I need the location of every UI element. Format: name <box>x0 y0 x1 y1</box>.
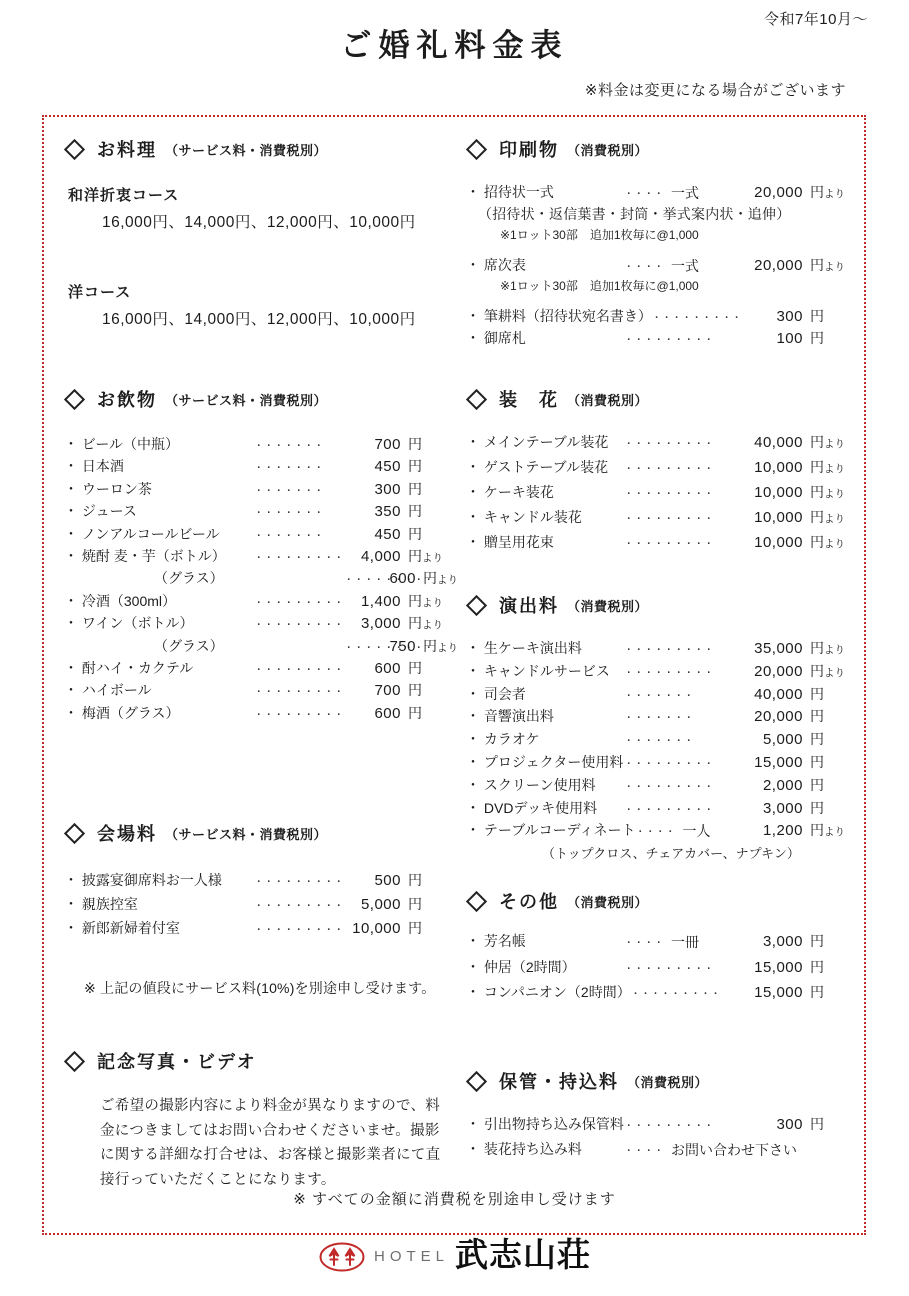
section-tax-note: （サービス料・消費税別） <box>165 140 327 159</box>
dot-leader: ・・・・・・・ <box>254 505 324 519</box>
price-row: ・ ビール（中瓶）・・・・・・・700円 <box>64 434 456 456</box>
price-row: ・ 披露宴御席料お一人様・・・・・・・・・500円 <box>64 870 456 894</box>
item-name: ・ 音響演出料 <box>466 706 624 726</box>
diamond-icon <box>466 388 487 409</box>
leader-label: 一冊 <box>671 932 699 952</box>
price-unit: 円 <box>810 534 824 550</box>
leader-label: 一人 <box>683 821 711 841</box>
hotel-name: 武志山荘 <box>455 1240 591 1273</box>
diamond-icon <box>64 1050 85 1071</box>
price-row: ・ ケーキ装花・・・・・・・・・10,000円より <box>466 482 858 507</box>
item-name: ・ プロジェクター使用料 <box>466 752 624 772</box>
item-price: 5,000 <box>731 731 803 748</box>
price-row: ・ DVDデッキ使用料・・・・・・・・・3,000円 <box>466 798 858 821</box>
dot-leader: ・・・・・・・ <box>624 710 694 724</box>
footer-tax-note: ※ すべての金額に消費税を別途申し受けます <box>0 1188 909 1209</box>
row-note: ※1ロット30部 追加1枚毎に@1,000 <box>466 277 858 294</box>
section-flowers: 装 花 （消費税別） ・ メインテーブル装花・・・・・・・・・40,000円より… <box>466 386 858 557</box>
price-row: ・ プロジェクター使用料・・・・・・・・・15,000円 <box>466 752 858 775</box>
price-unit: 円 <box>408 682 422 698</box>
price-suffix: より <box>824 644 845 656</box>
dot-leader: ・・・・・・・・・ <box>624 1118 714 1132</box>
price-row: （招待状・返信葉書・封筒・挙式案内状・追伸） <box>466 204 858 226</box>
item-name: ・ 新郎新婦着付室 <box>64 918 254 938</box>
price-row: ※1ロット30部 追加1枚毎に@1,000 <box>466 226 858 248</box>
dot-leader: ・・・・・・・ <box>624 733 694 747</box>
item-price: 35,000 <box>731 640 803 657</box>
price-row: ・ 司会者・・・・・・・40,000円 <box>466 684 858 707</box>
price-unit: 円 <box>810 959 824 975</box>
item-price: 10,000 <box>731 534 803 551</box>
price-row: ・ キャンドル装花・・・・・・・・・10,000円より <box>466 507 858 532</box>
item-price: 1,200 <box>731 822 803 839</box>
dot-leader: ・・・・・・・・・ <box>624 756 714 770</box>
item-name: ・ 席次表 <box>466 255 624 275</box>
price-row: （トップクロス、チェアカバー、ナプキン） <box>466 843 858 866</box>
item-name: ・ 招待状一式 <box>466 182 624 202</box>
price-unit: 円 <box>408 593 422 609</box>
row-note: ※1ロット30部 追加1枚毎に@1,000 <box>466 226 858 243</box>
price-unit: 円 <box>810 777 824 793</box>
price-rows: ・ 芳名帳・・・・一冊3,000円 ・ 仲居（2時間）・・・・・・・・・15,0… <box>466 931 858 1008</box>
item-name: ・ 司会者 <box>466 684 624 704</box>
price-suffix: より <box>437 642 458 654</box>
dot-leader: ・・・・・・・ <box>254 528 324 542</box>
price-row: ・ 焼酎 麦・芋（ボトル）・・・・・・・・・4,000円より <box>64 546 456 568</box>
item-price: 600 <box>329 660 401 677</box>
item-price: 300 <box>731 1116 803 1133</box>
price-row: ・ 贈呈用花束・・・・・・・・・10,000円より <box>466 532 858 557</box>
price-unit: 円 <box>810 257 824 273</box>
price-row: ・ 音響演出料・・・・・・・20,000円 <box>466 706 858 729</box>
item-price: 40,000 <box>731 434 803 451</box>
price-row: ※1ロット30部 追加1枚毎に@1,000 <box>466 277 858 299</box>
item-name: ・ メインテーブル装花 <box>466 432 624 452</box>
item-name: ・ カラオケ <box>466 729 624 749</box>
price-unit: 円 <box>408 705 422 721</box>
item-name: ・ 仲居（2時間） <box>466 957 624 977</box>
diamond-icon <box>64 138 85 159</box>
price-suffix: より <box>437 574 458 586</box>
price-row: ・ ワイン（ボトル）・・・・・・・・・3,000円より <box>64 613 456 635</box>
price-row: （グラス）・・・・・・・・・750円より <box>64 636 456 658</box>
dot-leader: ・・・・ <box>624 1143 664 1157</box>
item-price: 2,000 <box>731 777 803 794</box>
price-row: ・ コンパニオン（2時間）・・・・・・・・・15,000円 <box>466 982 858 1008</box>
item-name: ・ ケーキ装花 <box>466 482 624 502</box>
price-row: ・ テーブルコーディネート・・・・一人1,200円より <box>466 820 858 843</box>
price-suffix: より <box>824 188 845 200</box>
dot-leader: ・・・・・・・・・ <box>624 665 714 679</box>
dot-leader: ・・・・・・・・・ <box>624 332 714 346</box>
item-name: ・ 引出物持ち込み保管料 <box>466 1114 624 1134</box>
dot-leader: ・・・・・・・ <box>624 688 694 702</box>
section-tax-note: （サービス料・消費税別） <box>165 824 327 843</box>
price-row: ・ 席次表・・・・一式20,000円より <box>466 255 858 277</box>
price-row: （グラス）・・・・・・・・・600円より <box>64 568 456 590</box>
section-drinks: お飲物 （サービス料・消費税別） ・ ビール（中瓶）・・・・・・・700円 ・ … <box>64 386 456 725</box>
price-unit: 円 <box>408 548 422 564</box>
item-price: 100 <box>731 330 803 347</box>
section-tax-note: （消費税別） <box>567 140 648 159</box>
price-unit: 円 <box>810 330 824 346</box>
price-unit: 円 <box>423 638 437 654</box>
price-unit: 円 <box>810 184 824 200</box>
price-unit: 円 <box>408 436 422 452</box>
dot-leader: ・・・・・・・・・ <box>624 536 714 550</box>
item-price: 750 <box>344 638 416 655</box>
price-suffix: より <box>824 826 845 838</box>
item-price: 5,000 <box>329 896 401 913</box>
diamond-icon <box>64 388 85 409</box>
item-price: 450 <box>329 526 401 543</box>
price-suffix: より <box>422 619 443 631</box>
item-price: 40,000 <box>731 686 803 703</box>
dot-leader: ・・・・・・・・・ <box>624 779 714 793</box>
course-block: 和洋折衷コース 16,000円、14,000円、12,000円、10,000円 <box>68 184 456 232</box>
price-rows: ・ ビール（中瓶）・・・・・・・700円 ・ 日本酒・・・・・・・450円 ・ … <box>64 434 456 725</box>
price-row: ・ ノンアルコールビール・・・・・・・450円 <box>64 524 456 546</box>
item-price: 10,000 <box>731 509 803 526</box>
price-row: ・ 引出物持ち込み保管料・・・・・・・・・300円 <box>466 1114 858 1139</box>
item-price: 10,000 <box>329 920 401 937</box>
item-name: ・ 生ケーキ演出料 <box>466 638 624 658</box>
dot-leader: ・・・・・・・・・ <box>624 802 714 816</box>
price-unit: 円 <box>408 526 422 542</box>
leader-label: 一式 <box>671 256 699 276</box>
item-price: 20,000 <box>731 708 803 725</box>
section-performance: 演出料 （消費税別） ・ 生ケーキ演出料・・・・・・・・・35,000円より ・… <box>466 592 858 866</box>
price-row: ・ 芳名帳・・・・一冊3,000円 <box>466 931 858 957</box>
dot-leader: ・・・・・・・・・ <box>652 310 742 324</box>
item-price: 20,000 <box>731 663 803 680</box>
item-price: 500 <box>329 872 401 889</box>
item-price: 15,000 <box>731 959 803 976</box>
price-unit: 円 <box>810 484 824 500</box>
item-name: ・ ワイン（ボトル） <box>64 613 254 633</box>
course-prices: 16,000円、14,000円、12,000円、10,000円 <box>102 307 456 329</box>
section-photo-video: 記念写真・ビデオ ご希望の撮影内容により料金が異なりますので、料金につきましては… <box>64 1048 456 1192</box>
item-name: ・ 親族控室 <box>64 894 254 914</box>
item-price: 4,000 <box>329 548 401 565</box>
item-name: （グラス） <box>64 568 344 588</box>
dot-leader: ・・・・・・・ <box>254 460 324 474</box>
item-price: 450 <box>329 458 401 475</box>
price-row: ・ ハイボール・・・・・・・・・700円 <box>64 680 456 702</box>
row-note: （招待状・返信葉書・封筒・挙式案内状・追伸） <box>466 204 858 224</box>
dot-leader: ・・・・ <box>624 186 664 200</box>
course-block: 洋コース 16,000円、14,000円、12,000円、10,000円 <box>68 281 456 329</box>
price-unit: 円 <box>810 822 824 838</box>
price-suffix: より <box>824 667 845 679</box>
dot-leader: ・・・・・・・・・ <box>624 642 714 656</box>
dot-leader: ・・・・ <box>624 935 664 949</box>
dot-leader: ・・・・・・・・・ <box>624 436 714 450</box>
section-title: その他 <box>499 888 559 914</box>
item-name: ・ 梅酒（グラス） <box>64 703 254 723</box>
dot-leader: ・・・・ <box>624 259 664 273</box>
item-price: 10,000 <box>731 459 803 476</box>
service-charge-note: ※ 上記の値段にサービス料(10%)を別途申し受けます。 <box>84 978 456 998</box>
item-name: ・ ゲストテーブル装花 <box>466 457 624 477</box>
section-title: お料理 <box>97 136 157 162</box>
item-price: 15,000 <box>731 984 803 1001</box>
leader-label: 一式 <box>671 183 699 203</box>
wedding-price-sheet: 令和7年10月～ ご婚礼料金表 ※料金は変更になる場合がございます お料理 （サ… <box>0 0 909 1296</box>
price-rows: ・ メインテーブル装花・・・・・・・・・40,000円より ・ ゲストテーブル装… <box>466 432 858 557</box>
price-unit: 円 <box>810 1116 824 1132</box>
item-price: 10,000 <box>731 484 803 501</box>
item-name: ・ テーブルコーディネート <box>466 820 636 840</box>
price-row: ・ 生ケーキ演出料・・・・・・・・・35,000円より <box>466 638 858 661</box>
price-unit: 円 <box>423 570 437 586</box>
hotel-crest-icon <box>318 1241 366 1273</box>
section-title: 演出料 <box>499 592 559 618</box>
price-unit: 円 <box>810 663 824 679</box>
item-name: ・ 贈呈用花束 <box>466 532 624 552</box>
price-suffix: より <box>422 552 443 564</box>
item-price: 700 <box>329 436 401 453</box>
price-row: ・ 酎ハイ・カクテル・・・・・・・・・600円 <box>64 658 456 680</box>
price-row: ・ メインテーブル装花・・・・・・・・・40,000円より <box>466 432 858 457</box>
price-unit: 円 <box>810 640 824 656</box>
item-price: 350 <box>329 503 401 520</box>
section-tax-note: （サービス料・消費税別） <box>165 390 327 409</box>
diamond-icon <box>466 1070 487 1091</box>
section-venue: 会場料 （サービス料・消費税別） ・ 披露宴御席料お一人様・・・・・・・・・50… <box>64 820 456 998</box>
item-price: 3,000 <box>329 615 401 632</box>
dot-leader: ・・・・・・・・・ <box>624 961 714 975</box>
section-tax-note: （消費税別） <box>627 1072 708 1091</box>
price-row: ・ 冷酒（300ml）・・・・・・・・・1,400円より <box>64 591 456 613</box>
item-price: 15,000 <box>731 754 803 771</box>
price-row: ・ キャンドルサービス・・・・・・・・・20,000円より <box>466 661 858 684</box>
item-price: 300 <box>731 308 803 325</box>
row-note: （トップクロス、チェアカバー、ナプキン） <box>466 843 858 862</box>
item-name: ・ ビール（中瓶） <box>64 434 254 454</box>
price-suffix: より <box>824 438 845 450</box>
item-name: ・ キャンドル装花 <box>466 507 624 527</box>
hotel-wordmark: HOTEL <box>374 1248 449 1265</box>
dot-leader: ・・・・ <box>636 824 676 838</box>
dot-leader: ・・・・・・・ <box>254 483 324 497</box>
section-title: 会場料 <box>97 820 157 846</box>
price-rows: ・ 引出物持ち込み保管料・・・・・・・・・300円 ・ 装花持ち込み料・・・・お… <box>466 1114 858 1163</box>
price-unit: 円 <box>810 509 824 525</box>
item-name: ・ ジュース <box>64 501 254 521</box>
price-unit: 円 <box>408 896 422 912</box>
price-change-note: ※料金は変更になる場合がございます <box>585 79 846 100</box>
item-name: ・ 御席札 <box>466 328 624 348</box>
dot-leader: ・・・・・・・・・ <box>624 486 714 500</box>
item-name: （グラス） <box>64 636 344 656</box>
dot-leader: ・・・・・・・ <box>254 438 324 452</box>
item-price: 20,000 <box>731 184 803 201</box>
price-unit: 円 <box>810 308 824 324</box>
item-name: ・ コンパニオン（2時間） <box>466 982 631 1002</box>
diamond-icon <box>64 822 85 843</box>
price-row: ・ ジュース・・・・・・・350円 <box>64 501 456 523</box>
price-row: ・ 親族控室・・・・・・・・・5,000円 <box>64 894 456 918</box>
price-unit: 円 <box>408 920 422 936</box>
price-rows: ・ 招待状一式・・・・一式20,000円より （招待状・返信葉書・封筒・挙式案内… <box>466 182 858 350</box>
item-price: 300 <box>329 481 401 498</box>
price-suffix: より <box>824 261 845 273</box>
price-suffix: より <box>422 597 443 609</box>
price-unit: 円 <box>810 984 824 1000</box>
section-title: 保管・持込料 <box>499 1068 619 1094</box>
price-suffix: より <box>824 463 845 475</box>
item-name: ・ スクリーン使用料 <box>466 775 624 795</box>
item-name: ・ DVDデッキ使用料 <box>466 798 624 818</box>
diamond-icon <box>466 594 487 615</box>
section-print: 印刷物 （消費税別） ・ 招待状一式・・・・一式20,000円より （招待状・返… <box>466 136 858 350</box>
section-title: 装 花 <box>499 386 559 412</box>
dot-leader: ・・・・・・・・・ <box>624 461 714 475</box>
price-row: ・ 御席札・・・・・・・・・100円 <box>466 328 858 350</box>
item-name: ・ 芳名帳 <box>466 931 624 951</box>
item-price: 3,000 <box>731 800 803 817</box>
price-unit: 円 <box>810 686 824 702</box>
price-rows: ・ 生ケーキ演出料・・・・・・・・・35,000円より ・ キャンドルサービス・… <box>466 638 858 866</box>
item-name: ・ ウーロン茶 <box>64 479 254 499</box>
item-price: 1,400 <box>329 593 401 610</box>
course-name: 洋コース <box>68 281 456 302</box>
item-name: ・ 筆耕料（招待状宛名書き） <box>466 306 652 326</box>
price-row: ・ 新郎新婦着付室・・・・・・・・・10,000円 <box>64 918 456 942</box>
price-unit: 円 <box>810 800 824 816</box>
price-unit: 円 <box>810 434 824 450</box>
price-unit: 円 <box>408 615 422 631</box>
price-unit: 円 <box>408 481 422 497</box>
section-cuisine: お料理 （サービス料・消費税別） 和洋折衷コース 16,000円、14,000円… <box>64 136 456 329</box>
item-name: ・ ノンアルコールビール <box>64 524 254 544</box>
price-unit: 円 <box>810 731 824 747</box>
item-name: ・ 焼酎 麦・芋（ボトル） <box>64 546 254 566</box>
price-row: ・ スクリーン使用料・・・・・・・・・2,000円 <box>466 775 858 798</box>
dot-leader: ・・・・・・・・・ <box>631 986 721 1000</box>
price-unit: 円 <box>810 708 824 724</box>
item-name: ・ キャンドルサービス <box>466 661 624 681</box>
course-name: 和洋折衷コース <box>68 184 456 205</box>
leader-label: お問い合わせ下さい <box>671 1140 797 1160</box>
price-unit: 円 <box>408 660 422 676</box>
price-unit: 円 <box>810 754 824 770</box>
price-row: ・ 日本酒・・・・・・・450円 <box>64 456 456 478</box>
section-tax-note: （消費税別） <box>567 892 648 911</box>
section-others: その他 （消費税別） ・ 芳名帳・・・・一冊3,000円 ・ 仲居（2時間）・・… <box>466 888 858 1008</box>
section-title: 記念写真・ビデオ <box>97 1048 257 1074</box>
item-name: ・ ハイボール <box>64 680 254 700</box>
price-row: ・ ウーロン茶・・・・・・・300円 <box>64 479 456 501</box>
item-price: 3,000 <box>731 933 803 950</box>
price-unit: 円 <box>408 458 422 474</box>
price-row: ・ ゲストテーブル装花・・・・・・・・・10,000円より <box>466 457 858 482</box>
price-suffix: より <box>824 488 845 500</box>
diamond-icon <box>466 138 487 159</box>
hotel-logo: HOTEL 武志山荘 <box>0 1240 909 1273</box>
item-name: ・ 披露宴御席料お一人様 <box>64 870 254 890</box>
price-row: ・ 筆耕料（招待状宛名書き）・・・・・・・・・300円 <box>466 306 858 328</box>
price-row: ・ 招待状一式・・・・一式20,000円より <box>466 182 858 204</box>
price-unit: 円 <box>810 933 824 949</box>
price-row: ・ 装花持ち込み料・・・・お問い合わせ下さい <box>466 1139 858 1164</box>
section-tax-note: （消費税別） <box>567 596 648 615</box>
item-name: ・ 装花持ち込み料 <box>466 1139 624 1159</box>
page-title: ご婚礼料金表 <box>0 20 909 65</box>
price-suffix: より <box>824 538 845 550</box>
price-rows: ・ 披露宴御席料お一人様・・・・・・・・・500円 ・ 親族控室・・・・・・・・… <box>64 870 456 942</box>
price-row: ・ 梅酒（グラス）・・・・・・・・・600円 <box>64 703 456 725</box>
dot-leader: ・・・・・・・・・ <box>624 511 714 525</box>
price-row: ・ 仲居（2時間）・・・・・・・・・15,000円 <box>466 957 858 983</box>
item-name: ・ 冷酒（300ml） <box>64 591 254 611</box>
item-name: ・ 酎ハイ・カクテル <box>64 658 254 678</box>
item-price: 20,000 <box>731 257 803 274</box>
item-price: 600 <box>344 570 416 587</box>
photo-video-note: ご希望の撮影内容により料金が異なりますので、料金につきましてはお問い合わせくださ… <box>100 1094 452 1192</box>
diamond-icon <box>466 890 487 911</box>
price-unit: 円 <box>408 503 422 519</box>
price-unit: 円 <box>408 872 422 888</box>
section-storage: 保管・持込料 （消費税別） ・ 引出物持ち込み保管料・・・・・・・・・300円 … <box>466 1068 858 1163</box>
section-tax-note: （消費税別） <box>567 390 648 409</box>
item-price: 600 <box>329 705 401 722</box>
section-title: お飲物 <box>97 386 157 412</box>
price-suffix: より <box>824 513 845 525</box>
price-unit: 円 <box>810 459 824 475</box>
item-name: ・ 日本酒 <box>64 456 254 476</box>
item-price: 700 <box>329 682 401 699</box>
price-row: ・ カラオケ・・・・・・・5,000円 <box>466 729 858 752</box>
course-prices: 16,000円、14,000円、12,000円、10,000円 <box>102 210 456 232</box>
section-title: 印刷物 <box>499 136 559 162</box>
